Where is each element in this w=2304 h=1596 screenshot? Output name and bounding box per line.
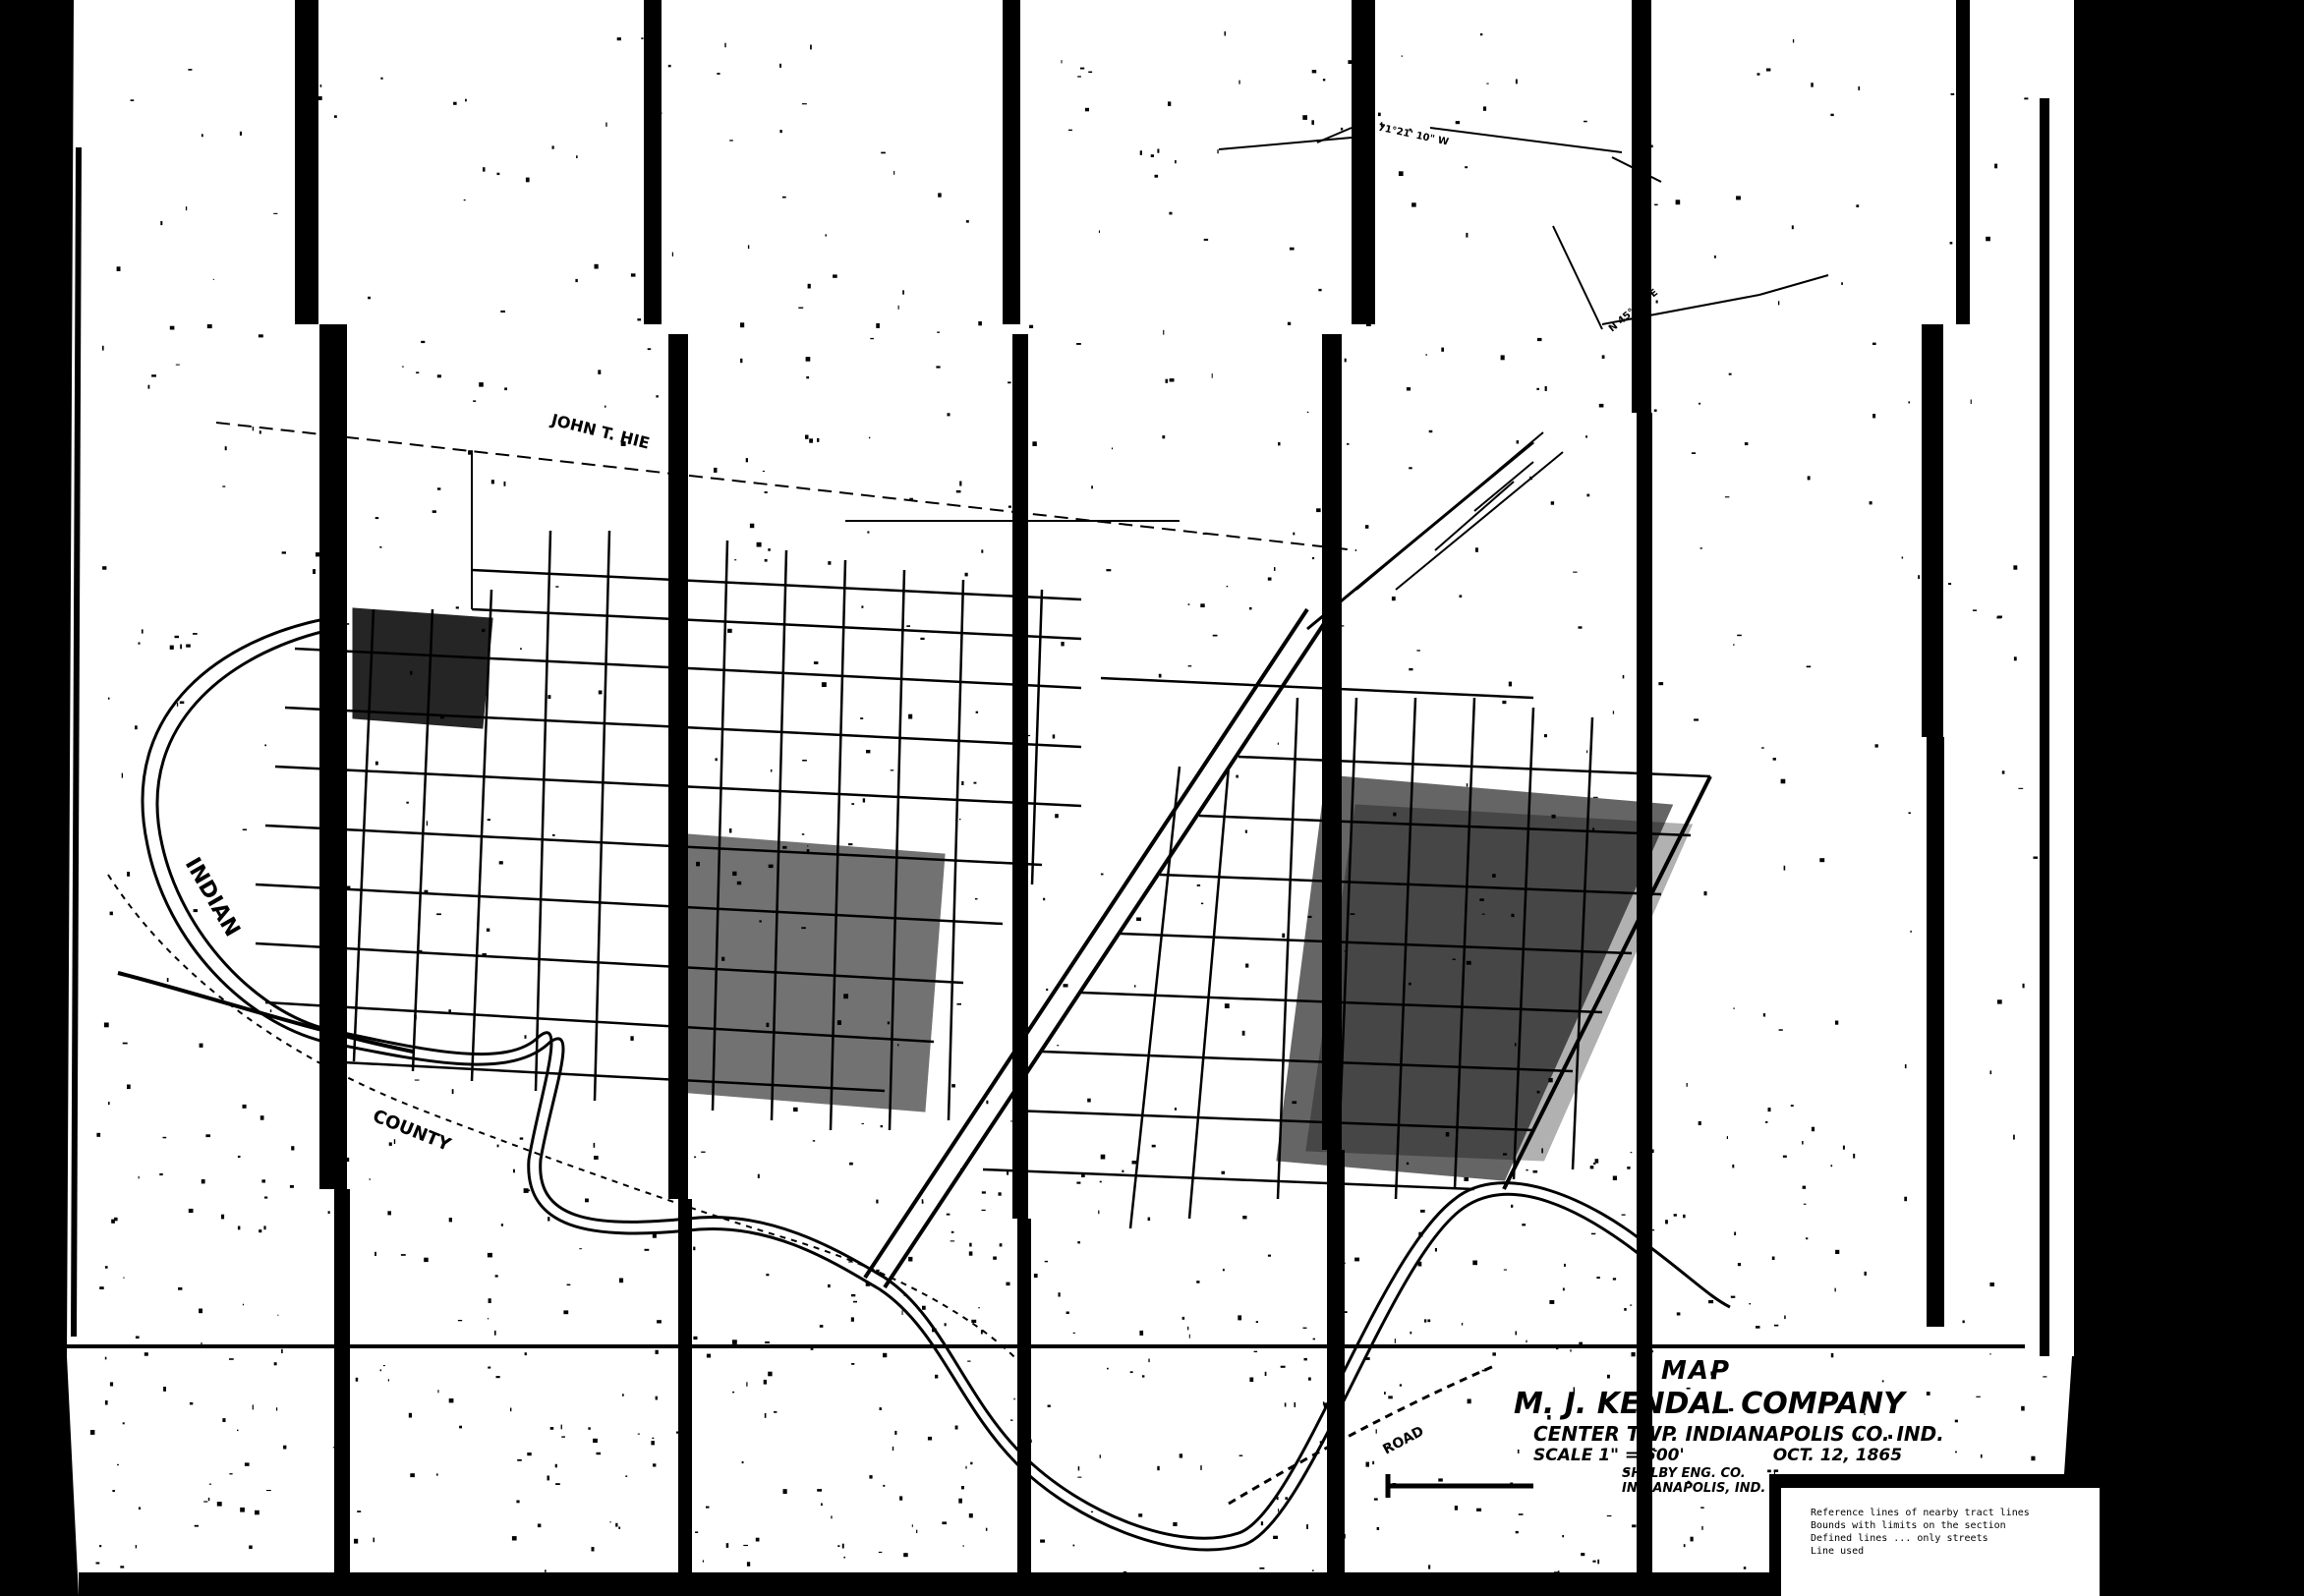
map-date: OCT. 12, 1865 [1773,1446,1902,1465]
legend-box: Reference lines of nearby tract lines Bo… [1775,1474,2100,1596]
legend-line: Defined lines ... only streets [1811,1533,2090,1544]
map-location: CENTER TWP. INDIANAPOLIS CO. IND. [1533,1422,1986,1446]
map-scale: SCALE 1" = 500' [1533,1446,1685,1465]
legend-line: Bounds with limits on the section [1811,1520,2090,1531]
company-name: M. J. KENDAL COMPANY [1514,1387,1986,1422]
map-title: MAP [1661,1356,1986,1387]
legend-line: Line used [1811,1546,2090,1557]
legend-line: Reference lines of nearby tract lines [1811,1508,2090,1518]
